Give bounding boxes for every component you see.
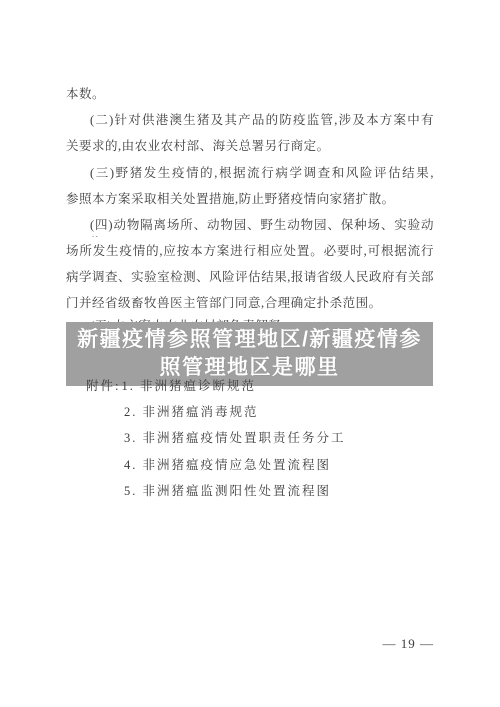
- attachment-row-1: 附件:1. 非洲猪瘟诊断规范: [86, 376, 256, 394]
- body-line-5: 参照本方案采取相关处置措施,防止野猪疫情向家猪扩散。: [66, 189, 434, 211]
- body-line-6: (四)动物隔离场所、动物园、野生动物园、保种场、实验动物: [90, 215, 434, 237]
- body-line-2: (二)针对供港澳生猪及其产品的防疫监管,涉及本方案中有: [90, 110, 434, 132]
- page-number: — 19 —: [354, 636, 434, 652]
- attachments-label: 附件:: [86, 379, 120, 393]
- body-line-3: 关要求的,由农业农村部、海关总署另行商定。: [66, 136, 434, 158]
- body-line-1: 本数。: [66, 84, 434, 106]
- body-line-4: (三)野猪发生疫情的,根据流行病学调查和风险评估结果,: [90, 163, 434, 185]
- attachment-item-4: 4. 非洲猪瘟疫情应急处置流程图: [124, 455, 331, 473]
- body-line-8: 病学调查、实验室检测、风险评估结果,报请省级人民政府有关部: [66, 267, 434, 289]
- headline-line-1: 新疆疫情参照管理地区/新疆疫情参: [66, 326, 433, 354]
- document-page: 本数。 (二)针对供港澳生猪及其产品的防疫监管,涉及本方案中有 关要求的,由农业…: [0, 0, 500, 707]
- attachment-item-5: 5. 非洲猪瘟监测阳性处置流程图: [124, 481, 331, 499]
- attachment-item-1: 1. 非洲猪瘟诊断规范: [121, 379, 256, 393]
- body-line-9: 门并经省级畜牧兽医主管部门同意,合理确定扑杀范围。: [66, 293, 434, 315]
- attachment-item-2: 2. 非洲猪瘟消毒规范: [124, 402, 259, 420]
- body-line-7: 场所发生疫情的,应按本方案进行相应处置。必要时,可根据流行: [66, 241, 434, 263]
- attachment-item-3: 3. 非洲猪瘟疫情处置职责任务分工: [124, 428, 346, 446]
